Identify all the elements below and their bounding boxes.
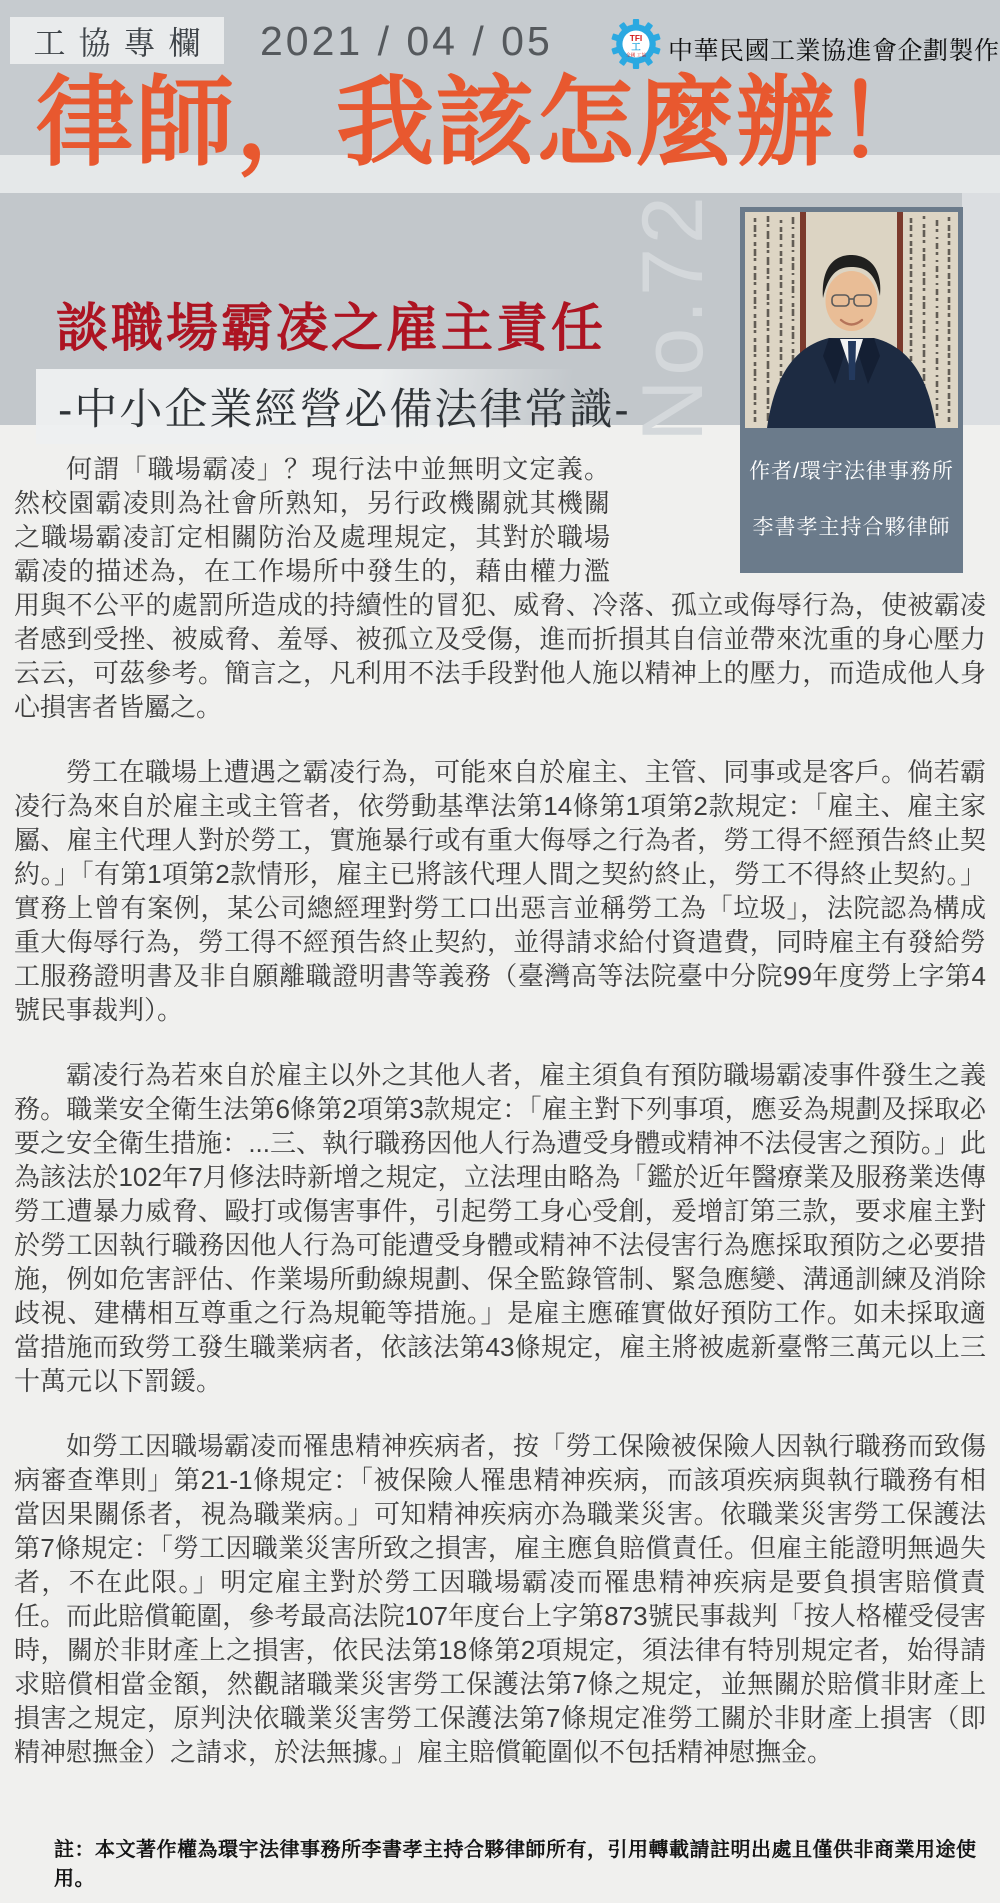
author-line1: 作者/環宇法律事務所 — [749, 455, 954, 485]
author-photo — [745, 212, 958, 428]
right-edge-strip — [962, 193, 1000, 425]
column-label-text: 工協專欄 — [20, 18, 213, 64]
logo-symbol: 工 — [631, 42, 641, 52]
page-title: 律師，我該怎麼辦！ — [36, 70, 936, 174]
tagline: -中小企業經營必備法律常識- — [36, 369, 741, 444]
tfi-gear-logo-icon: TFI 工 全國 工協 — [611, 19, 661, 69]
logo-caption: 全國 工協 — [626, 52, 646, 59]
author-card: 作者/環宇法律事務所 李書孝主持合夥律師 — [740, 207, 963, 573]
article-subtitle: 談職場霸凌之雇主責任 — [56, 286, 606, 361]
paragraph-4: 如勞工因職場霸凌而罹患精神疾病者，按「勞工保險被保險人因執行職務而致傷病審查準則… — [14, 1429, 986, 1769]
org-credit: 中華民國工業協進會企劃製作 — [668, 31, 1000, 67]
author-caption: 作者/環宇法律事務所 李書孝主持合夥律師 — [745, 428, 958, 568]
paragraph-2: 勞工在職場上遭遇之霸凌行為，可能來自於雇主、主管、同事或是客戶。倘若霸凌行為來自… — [14, 755, 986, 1027]
paragraph-3: 霸凌行為若來自於雇主以外之其他人者，雇主須負有預防職場霸凌事件發生之義務。職業安… — [14, 1058, 986, 1398]
copyright-note: 註：本文著作權為環宇法律事務所李書孝主持合夥律師所有，引用轉載請註明出處且僅供非… — [54, 1833, 984, 1891]
issue-date: 2021 / 04 / 05 — [260, 18, 553, 65]
poster-canvas: 工協專欄 2021 / 04 / 05 T — [0, 0, 1000, 1903]
column-label: 工協專欄 — [10, 17, 224, 64]
article-body: 何謂「職場霸凌」？現行法中並無明文定義。然校園霸凌則為社會所熟知，另行政機關就其… — [0, 425, 1000, 1800]
author-line2: 李書孝主持合夥律師 — [753, 511, 951, 541]
